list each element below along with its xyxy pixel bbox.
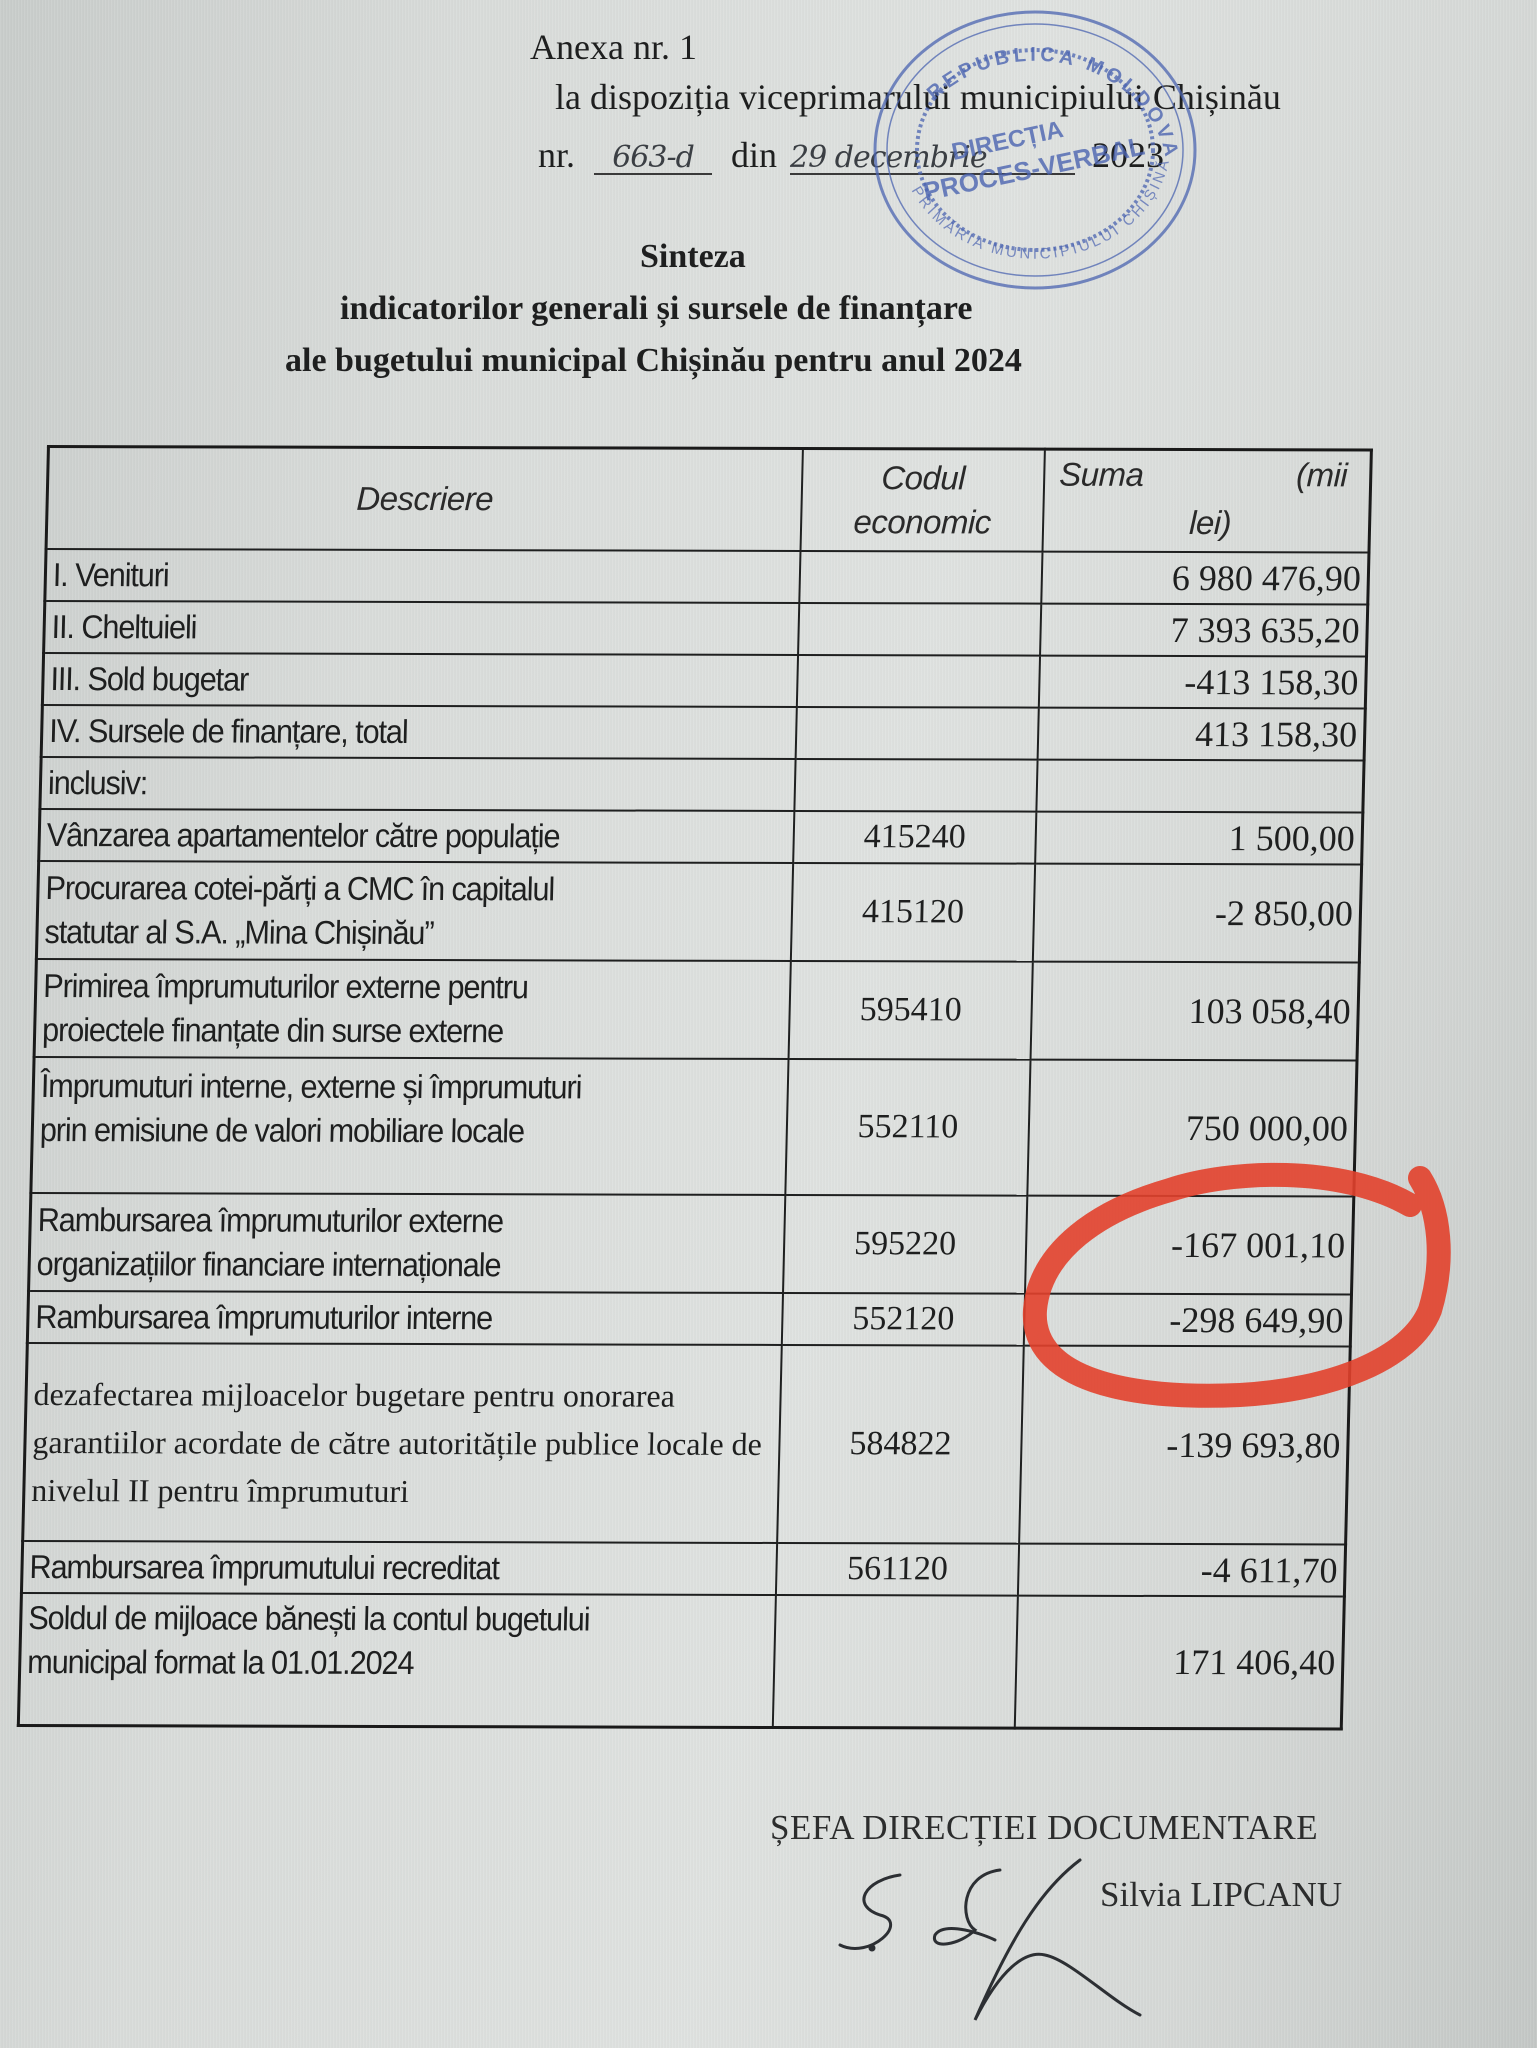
row-sum: 7 393 635,20: [1040, 604, 1368, 657]
row-description: Procurarea cotei-părți a CMC în capitalu…: [36, 861, 740, 961]
row-sum: 6 980 476,90: [1041, 552, 1369, 605]
row-sum: 750 000,00: [1027, 1060, 1357, 1197]
row-code: [796, 707, 1039, 760]
row-description: Rambursarea împrumutului recreditat: [21, 1541, 724, 1595]
row-code: 415240: [793, 811, 1036, 864]
row-code: 595220: [783, 1195, 1027, 1294]
signatory-position: ȘEFA DIRECȚIEI DOCUMENTARE: [770, 1808, 1318, 1848]
row-description: II. Cheltuieli: [44, 601, 747, 655]
row-sum: -2 850,00: [1033, 864, 1362, 963]
row-sum: -4 611,70: [1018, 1544, 1346, 1597]
column-header-sum: Suma (mii lei): [1042, 449, 1371, 552]
signatory-name: Silvia LIPCANU: [1100, 1875, 1342, 1915]
row-code: [794, 759, 1037, 812]
row-sum-highlighted: -298 649,90: [1024, 1294, 1352, 1347]
row-description: Rambursarea împrumuturilor interne: [27, 1291, 730, 1345]
table-row: Împrumuturi interne, externe și împrumut…: [31, 1057, 1357, 1196]
table-row: IV. Sursele de finanțare, total 413 158,…: [41, 705, 1365, 760]
document-subtitle-1: indicatorilor generali și sursele de fin…: [340, 290, 972, 328]
table-row: Rambursarea împrumuturilor externe organ…: [29, 1193, 1354, 1294]
row-description: Primirea împrumuturilor externe pentru p…: [34, 959, 738, 1059]
row-description: IV. Sursele de finanțare, total: [41, 705, 744, 759]
row-sum: 413 158,30: [1038, 708, 1366, 761]
document-title: Sinteza: [640, 238, 746, 276]
nr-label: nr.: [538, 135, 575, 175]
row-code: 561120: [776, 1543, 1019, 1596]
table-row: Procurarea cotei-părți a CMC în capitalu…: [36, 861, 1361, 962]
table-header-row: Descriere Codul economic Suma (mii lei): [46, 447, 1371, 553]
row-code: 552110: [785, 1059, 1030, 1196]
row-sum: -139 693,80: [1019, 1346, 1350, 1545]
row-description: inclusiv:: [40, 757, 743, 811]
row-sum: -413 158,30: [1039, 656, 1367, 709]
row-code: 595410: [789, 961, 1033, 1060]
row-sum: [1036, 760, 1364, 813]
din-label: din: [731, 135, 777, 175]
row-description: III. Sold bugetar: [42, 653, 745, 707]
column-header-description: Descriere: [46, 447, 803, 551]
row-description: dezafectarea mijloacelor bugetare pentru…: [23, 1343, 782, 1543]
table-row: Soldul de mijloace bănești la contul bug…: [18, 1593, 1344, 1729]
row-code: [798, 603, 1041, 656]
table-row: II. Cheltuieli 7 393 635,20: [44, 601, 1368, 656]
table-row: III. Sold bugetar -413 158,30: [42, 653, 1366, 708]
budget-table: Descriere Codul economic Suma (mii lei) …: [17, 445, 1373, 1730]
row-sum: 1 500,00: [1035, 812, 1363, 865]
disposition-number: 663-d: [594, 143, 712, 175]
document-subtitle-2: ale bugetului municipal Chișinău pentru …: [285, 342, 1022, 380]
table-row: Primirea împrumuturilor externe pentru p…: [34, 959, 1359, 1060]
row-code: 584822: [777, 1345, 1024, 1544]
table-row: inclusiv:: [40, 757, 1364, 812]
row-sum: 171 406,40: [1015, 1596, 1345, 1729]
row-description: Soldul de mijloace bănești la contul bug…: [18, 1593, 723, 1727]
table-row: Rambursarea împrumutului recreditat 5611…: [21, 1541, 1345, 1596]
row-description: Împrumuturi interne, externe și împrumut…: [31, 1057, 736, 1195]
row-code: 552120: [782, 1293, 1025, 1346]
row-code: [797, 655, 1040, 708]
row-description: I. Venituri: [45, 549, 748, 603]
official-stamp-icon: REPUBLICA MOLDOVA PRIMĂRIA MUNICIPIULUI …: [860, 5, 1220, 305]
row-sum-highlighted: -167 001,10: [1025, 1196, 1354, 1295]
row-description: Vânzarea apartamentelor către populație: [39, 809, 742, 863]
annex-label: Anexa nr. 1: [530, 26, 697, 68]
row-sum: 103 058,40: [1031, 962, 1360, 1061]
column-header-code: Codul economic: [801, 448, 1045, 551]
table-row: Vânzarea apartamentelor către populație …: [39, 809, 1363, 864]
table-row: I. Venituri 6 980 476,90: [45, 549, 1369, 604]
row-code: [773, 1595, 1018, 1728]
row-description: Rambursarea împrumuturilor externe organ…: [29, 1193, 733, 1293]
table-row: Rambursarea împrumuturilor interne 55212…: [27, 1291, 1351, 1346]
table-row: dezafectarea mijloacelor bugetare pentru…: [23, 1343, 1351, 1544]
row-code: 415120: [791, 863, 1035, 962]
row-code: [799, 551, 1042, 604]
